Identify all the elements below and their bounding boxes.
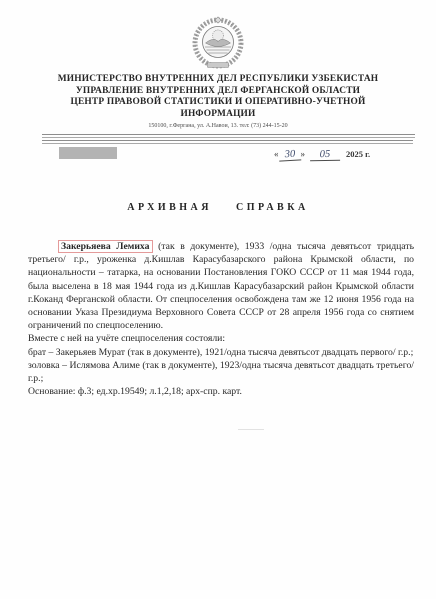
handwritten-day: 30	[278, 149, 301, 161]
document-body: Закерьяева Лемиха (так в документе), 193…	[28, 240, 414, 398]
center-line: ЦЕНТР ПРАВОВОЙ СТАТИСТИКИ И ОПЕРАТИВНО-У…	[18, 97, 418, 109]
highlighted-subject-name: Закерьяева Лемиха	[58, 240, 153, 253]
letterhead-divider-bottom	[42, 140, 413, 144]
main-paragraph: Закерьяева Лемиха (так в документе), 193…	[28, 240, 414, 332]
handwritten-month: 05	[310, 150, 340, 162]
basis-line: Основание: ф.3; ед.хр.19549; л.1,2,18; а…	[28, 385, 414, 398]
document-title: АРХИВНАЯ СПРАВКА	[0, 202, 436, 213]
co-registered-intro: Вместе с ней на учёте спецпоселения сост…	[28, 332, 414, 345]
archival-certificate-document: МИНИСТЕРСТВО ВНУТРЕННИХ ДЕЛ РЕСПУБЛИКИ У…	[0, 0, 436, 599]
sister-in-law-entry: золовка – Ислямова Алиме (так в документ…	[28, 359, 414, 385]
uzbekistan-coat-of-arms-icon	[188, 16, 248, 69]
center-line-2: ИНФОРМАЦИИ	[18, 109, 418, 121]
directorate-line: УПРАВЛЕНИЕ ВНУТРЕННИХ ДЕЛ ФЕРГАНСКОЙ ОБЛ…	[18, 86, 418, 98]
brother-entry: брат – Закерьяев Мурат (так в документе)…	[28, 346, 414, 359]
redacted-region	[59, 147, 117, 159]
letterhead-address: 150100, г.Фергана, ул. А.Навои, 13. тел:…	[18, 121, 418, 133]
document-date: «30»052025 г.	[274, 149, 370, 161]
letterhead-divider-top	[42, 134, 415, 138]
faint-scan-line	[238, 429, 264, 430]
year-suffix: 2025 г.	[346, 149, 370, 159]
ministry-line: МИНИСТЕРСТВО ВНУТРЕННИХ ДЕЛ РЕСПУБЛИКИ У…	[18, 74, 418, 86]
letterhead: МИНИСТЕРСТВО ВНУТРЕННИХ ДЕЛ РЕСПУБЛИКИ У…	[18, 74, 418, 133]
main-paragraph-text: (так в документе), 1933 /одна тысяча дев…	[28, 241, 414, 331]
